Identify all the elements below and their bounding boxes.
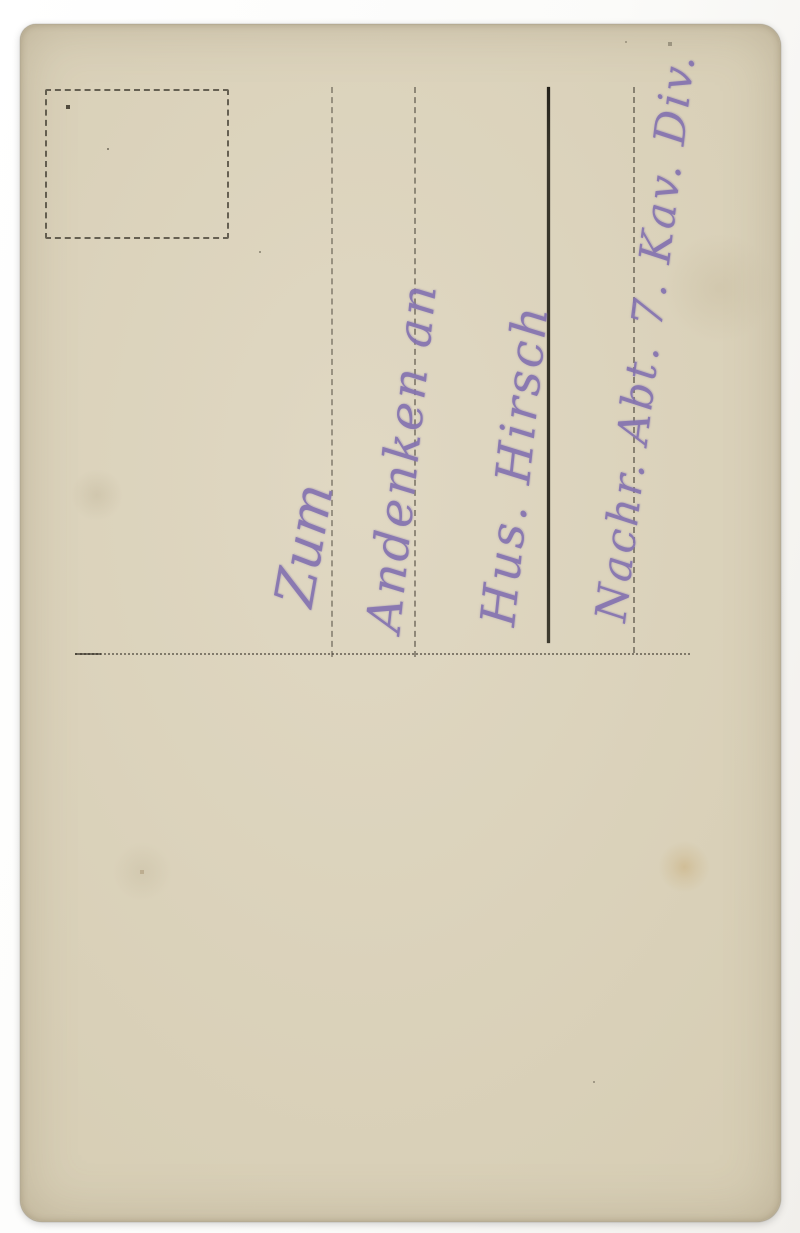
stamp-box [45,89,229,239]
handwriting-line-zum: Zum [262,479,345,612]
postcard-back: Zum Andenken an Hus. Hirsch Nachr. Abt. … [20,24,781,1222]
paper-aging-specks [21,25,23,27]
handwriting-line-andenken-an: Andenken an [356,279,448,635]
scan-backdrop: Zum Andenken an Hus. Hirsch Nachr. Abt. … [0,0,800,1233]
printed-address-rule [75,653,690,655]
handwriting-line-unit-designation: Nachr. Abt. 7. Kav. Div. [586,49,706,624]
